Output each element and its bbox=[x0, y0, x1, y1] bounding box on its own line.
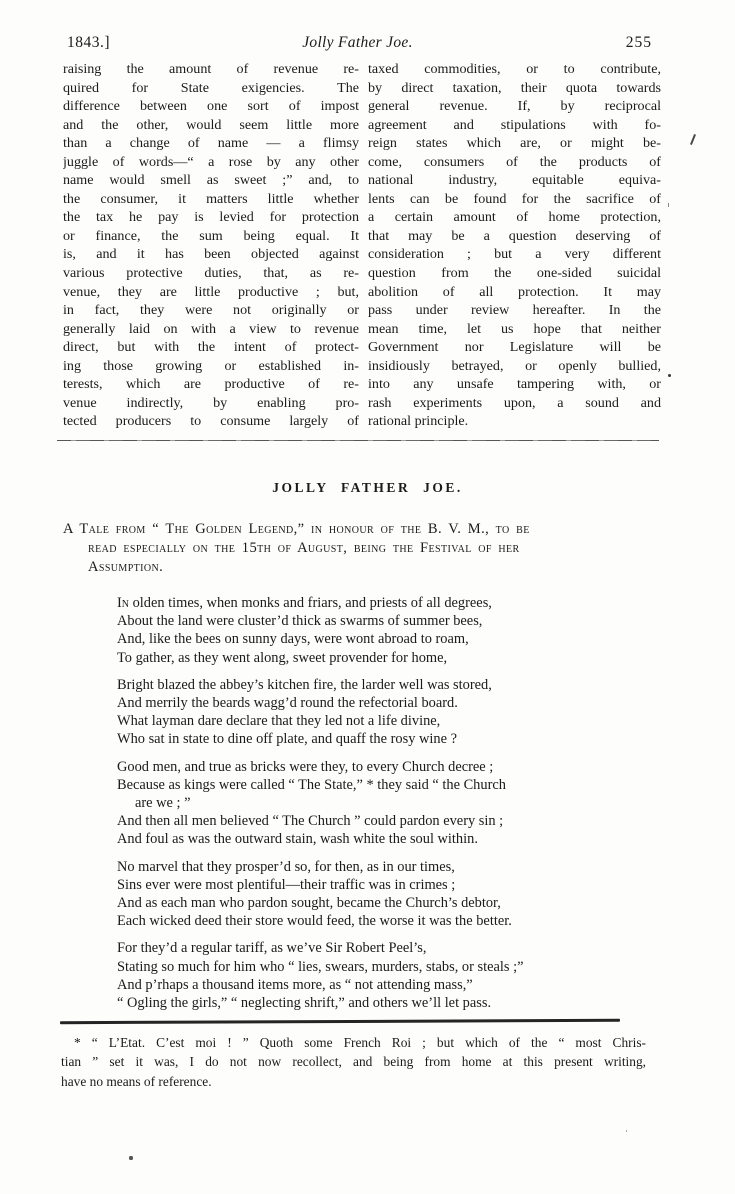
page-header: 1843.] Jolly Father Joe. 255 bbox=[63, 34, 652, 54]
col-line: various protective duties, that, as re- bbox=[63, 264, 359, 283]
poem-line: In olden times, when monks and friars, a… bbox=[117, 594, 677, 612]
scanned-book-page: 1843.] Jolly Father Joe. 255 raising the… bbox=[0, 0, 735, 1194]
col-line: consideration ; but a very different bbox=[368, 245, 661, 264]
col-line: agreement and stipulations with fo- bbox=[368, 116, 661, 135]
poem-line: And p’rhaps a thousand items more, as “ … bbox=[117, 976, 677, 994]
poem-line: And merrily the beards wagg’d round the … bbox=[117, 694, 677, 712]
poem-line: And foul as was the outward stain, wash … bbox=[117, 830, 677, 848]
col-line: and the other, would seem little more bbox=[63, 116, 359, 135]
scan-artifact-dot bbox=[626, 1130, 627, 1132]
poem: In olden times, when monks and friars, a… bbox=[117, 594, 677, 1021]
footnote: * “ L’Etat. C’est moi ! ” Quoth some Fre… bbox=[61, 1033, 646, 1091]
col-line: rational principle. bbox=[368, 412, 661, 431]
col-line: ing those growing or established in- bbox=[63, 357, 359, 376]
col-line: or finance, the sum being equal. It bbox=[63, 227, 359, 246]
fn-line: tian ” set it was, I do not now recollec… bbox=[61, 1052, 646, 1071]
col-line: venue indirectly, by enabling pro- bbox=[63, 394, 359, 413]
col-line: quired for State exigencies. The bbox=[63, 79, 359, 98]
running-title: Jolly Father Joe. bbox=[63, 34, 652, 52]
col-line: venue, they are little productive ; but, bbox=[63, 283, 359, 302]
col-line: reign states which are, or might be- bbox=[368, 134, 661, 153]
poem-stanza: No marvel that they prosper’d so, for th… bbox=[117, 858, 677, 931]
poem-line: Because as kings were called “ The State… bbox=[117, 776, 677, 794]
article-column-left: raising the amount of revenue re-quired … bbox=[63, 60, 359, 431]
col-line: mean time, let us hope that neither bbox=[368, 320, 661, 339]
poem-line: And as each man who pardon sought, becam… bbox=[117, 894, 677, 912]
col-line: Government nor Legislature will be bbox=[368, 338, 661, 357]
section-title: JOLLY FATHER JOE. bbox=[0, 480, 735, 496]
col-line: is, and it has been objected against bbox=[63, 245, 359, 264]
col-line: come, consumers of the products of bbox=[368, 153, 661, 172]
poem-line: And then all men believed “ The Church ”… bbox=[117, 812, 677, 830]
poem-stanza: For they’d a regular tariff, as we’ve Si… bbox=[117, 939, 677, 1012]
col-line: direct, but with the intent of protect- bbox=[63, 338, 359, 357]
col-line: the tax he pay is levied for protection bbox=[63, 208, 359, 227]
scan-artifact-slash bbox=[690, 134, 696, 145]
section-divider-rule bbox=[57, 440, 659, 441]
poem-line: Who sat in state to dine off plate, and … bbox=[117, 730, 677, 748]
col-line: tected producers to consume largely of bbox=[63, 412, 359, 431]
poem-line: What layman dare declare that they led n… bbox=[117, 712, 677, 730]
scan-artifact-dot bbox=[668, 374, 671, 377]
fn-line: * “ L’Etat. C’est moi ! ” Quoth some Fre… bbox=[61, 1033, 646, 1052]
poem-line: Good men, and true as bricks were they, … bbox=[117, 758, 677, 776]
poem-line: “ Ogling the girls,” “ neglecting shrift… bbox=[117, 994, 677, 1012]
poem-line: Bright blazed the abbey’s kitchen fire, … bbox=[117, 676, 677, 694]
poem-line: For they’d a regular tariff, as we’ve Si… bbox=[117, 939, 677, 957]
col-line: in fact, they were not originally or bbox=[63, 301, 359, 320]
subtitle-line: read especially on the 15th of August, b… bbox=[63, 539, 664, 558]
col-line: terests, which are productive of re- bbox=[63, 375, 359, 394]
col-line: the consumer, it matters little whether bbox=[63, 190, 359, 209]
col-line: question from the one-sided suicidal bbox=[368, 264, 661, 283]
col-line: generally laid on with a view to revenue bbox=[63, 320, 359, 339]
poem-line: No marvel that they prosper’d so, for th… bbox=[117, 858, 677, 876]
poem-line: To gather, as they went along, sweet pro… bbox=[117, 649, 677, 667]
col-line: taxed commodities, or to contribute, bbox=[368, 60, 661, 79]
col-line: raising the amount of revenue re- bbox=[63, 60, 359, 79]
poem-line: are we ; ” bbox=[117, 794, 677, 812]
poem-subtitle: A Tale from “ The Golden Legend,” in hon… bbox=[63, 520, 664, 576]
col-line: difference between one sort of impost bbox=[63, 97, 359, 116]
col-line: into any unsafe tampering with, or bbox=[368, 375, 661, 394]
poem-stanza: Good men, and true as bricks were they, … bbox=[117, 758, 677, 849]
subtitle-line: Assumption. bbox=[63, 558, 664, 577]
lead-word-smallcaps: In bbox=[117, 595, 129, 611]
col-line: national industry, equitable equiva- bbox=[368, 171, 661, 190]
poem-line: Stating so much for him who “ lies, swea… bbox=[117, 958, 677, 976]
col-line: rash experiments upon, a sound and bbox=[368, 394, 661, 413]
col-line: a certain amount of home protection, bbox=[368, 208, 661, 227]
article-column-right: taxed commodities, or to contribute,by d… bbox=[368, 60, 661, 431]
col-line: lents can be found for the sacrifice of bbox=[368, 190, 661, 209]
col-line: name would smell as sweet ;” and, to bbox=[63, 171, 359, 190]
poem-stanza: In olden times, when monks and friars, a… bbox=[117, 594, 677, 667]
col-line: that may be a question deserving of bbox=[368, 227, 661, 246]
poem-line: And, like the bees on sunny days, were w… bbox=[117, 630, 677, 648]
fn-line: have no means of reference. bbox=[61, 1072, 646, 1091]
scan-artifact-dot bbox=[129, 1156, 133, 1160]
col-line: juggle of words—“ a rose by any other bbox=[63, 153, 359, 172]
col-line: by direct taxation, their quota towards bbox=[368, 79, 661, 98]
scan-artifact-tick bbox=[668, 203, 669, 207]
poem-stanza: Bright blazed the abbey’s kitchen fire, … bbox=[117, 676, 677, 749]
poem-line: About the land were cluster’d thick as s… bbox=[117, 612, 677, 630]
poem-line: Each wicked deed their store would feed,… bbox=[117, 912, 677, 930]
col-line: than a change of name — a flimsy bbox=[63, 134, 359, 153]
col-line: insidiously betrayed, or openly bullied, bbox=[368, 357, 661, 376]
col-line: abolition of all protection. It may bbox=[368, 283, 661, 302]
subtitle-line: A Tale from “ The Golden Legend,” in hon… bbox=[63, 520, 664, 539]
poem-line: Sins ever were most plentiful—their traf… bbox=[117, 876, 677, 894]
col-line: pass under review hereafter. In the bbox=[368, 301, 661, 320]
col-line: general revenue. If, by reciprocal bbox=[368, 97, 661, 116]
page-number: 255 bbox=[626, 34, 652, 52]
